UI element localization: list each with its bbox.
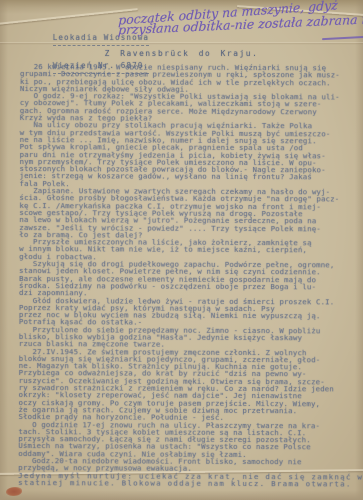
- paper-right-edge-shadow: [355, 0, 363, 500]
- document-body: 26 kwietnia 1945. W obozie niespisany ru…: [18, 63, 356, 488]
- paper-bottom-edge-shadow: [0, 490, 363, 500]
- handwritten-annotation: początek odbity na maszynie, gdyż przysł…: [118, 4, 363, 32]
- scanned-document-page: Leokadia Wiosnowa Więzień Nr. 6870. pocz…: [0, 0, 363, 500]
- paper-left-edge-shadow: [0, 0, 8, 500]
- document-title: Z Ravensbrück do Kraju.: [0, 49, 363, 58]
- typed-text-line: jenie: strzegą w koszarce gadów., wysłan…: [19, 172, 355, 181]
- typed-text-line: statniej minucie. Blokowa oddaje nam klu…: [18, 479, 354, 488]
